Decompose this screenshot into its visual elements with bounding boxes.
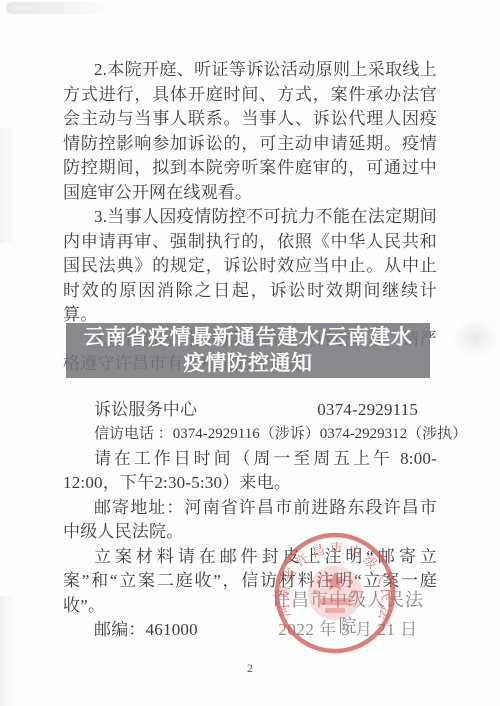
page-number: 2 bbox=[240, 661, 260, 676]
banner-title-line2: 疫情防控通知 bbox=[184, 351, 313, 377]
line-service-center-phone: 诉讼服务中心0374-2929115 bbox=[63, 398, 437, 423]
covered-text-gap bbox=[197, 414, 317, 415]
banner-title-line1: 云南省疫情最新通告建水/云南建水 bbox=[84, 325, 413, 351]
scan-smudge-left bbox=[0, 128, 14, 243]
scan-smudge-top-left bbox=[6, 2, 110, 14]
seal-emblem-icon bbox=[308, 566, 362, 620]
line-petition-phones: 信访电话 ：0374-2929116（涉诉）0374-2929312（涉执） bbox=[63, 422, 437, 447]
scanned-document-page: 2.本院开庭、听证等诉讼活动原则上采取线上方式进行，具体开庭时间、方式，案件承办… bbox=[0, 0, 500, 706]
court-seal-stamp-icon: 河南省许昌市中级人民法院 bbox=[271, 530, 401, 658]
service-center-number: 0374-2929115 bbox=[317, 400, 418, 419]
paragraph-court-hearings: 2.本院开庭、听证等诉讼活动原则上采取线上方式进行，具体开庭时间、方式，案件承办… bbox=[63, 58, 437, 205]
overlay-title-banner: 云南省疫情最新通告建水/云南建水 疫情防控通知 bbox=[66, 323, 430, 378]
service-center-label: 诉讼服务中心 bbox=[94, 400, 197, 419]
scan-smudge-right bbox=[452, 318, 498, 358]
scan-smudge-bottom-left bbox=[0, 596, 16, 706]
paragraph-limitation-period: 3.当事人因疫情防控不可抗力不能在法定期间内申请再审、强制执行的，依照《中华人民… bbox=[63, 205, 437, 328]
paragraph-office-hours: 请在工作日时间（周一至周五上午 8:00-12:00，下午2:30-5:30）来… bbox=[63, 447, 437, 496]
